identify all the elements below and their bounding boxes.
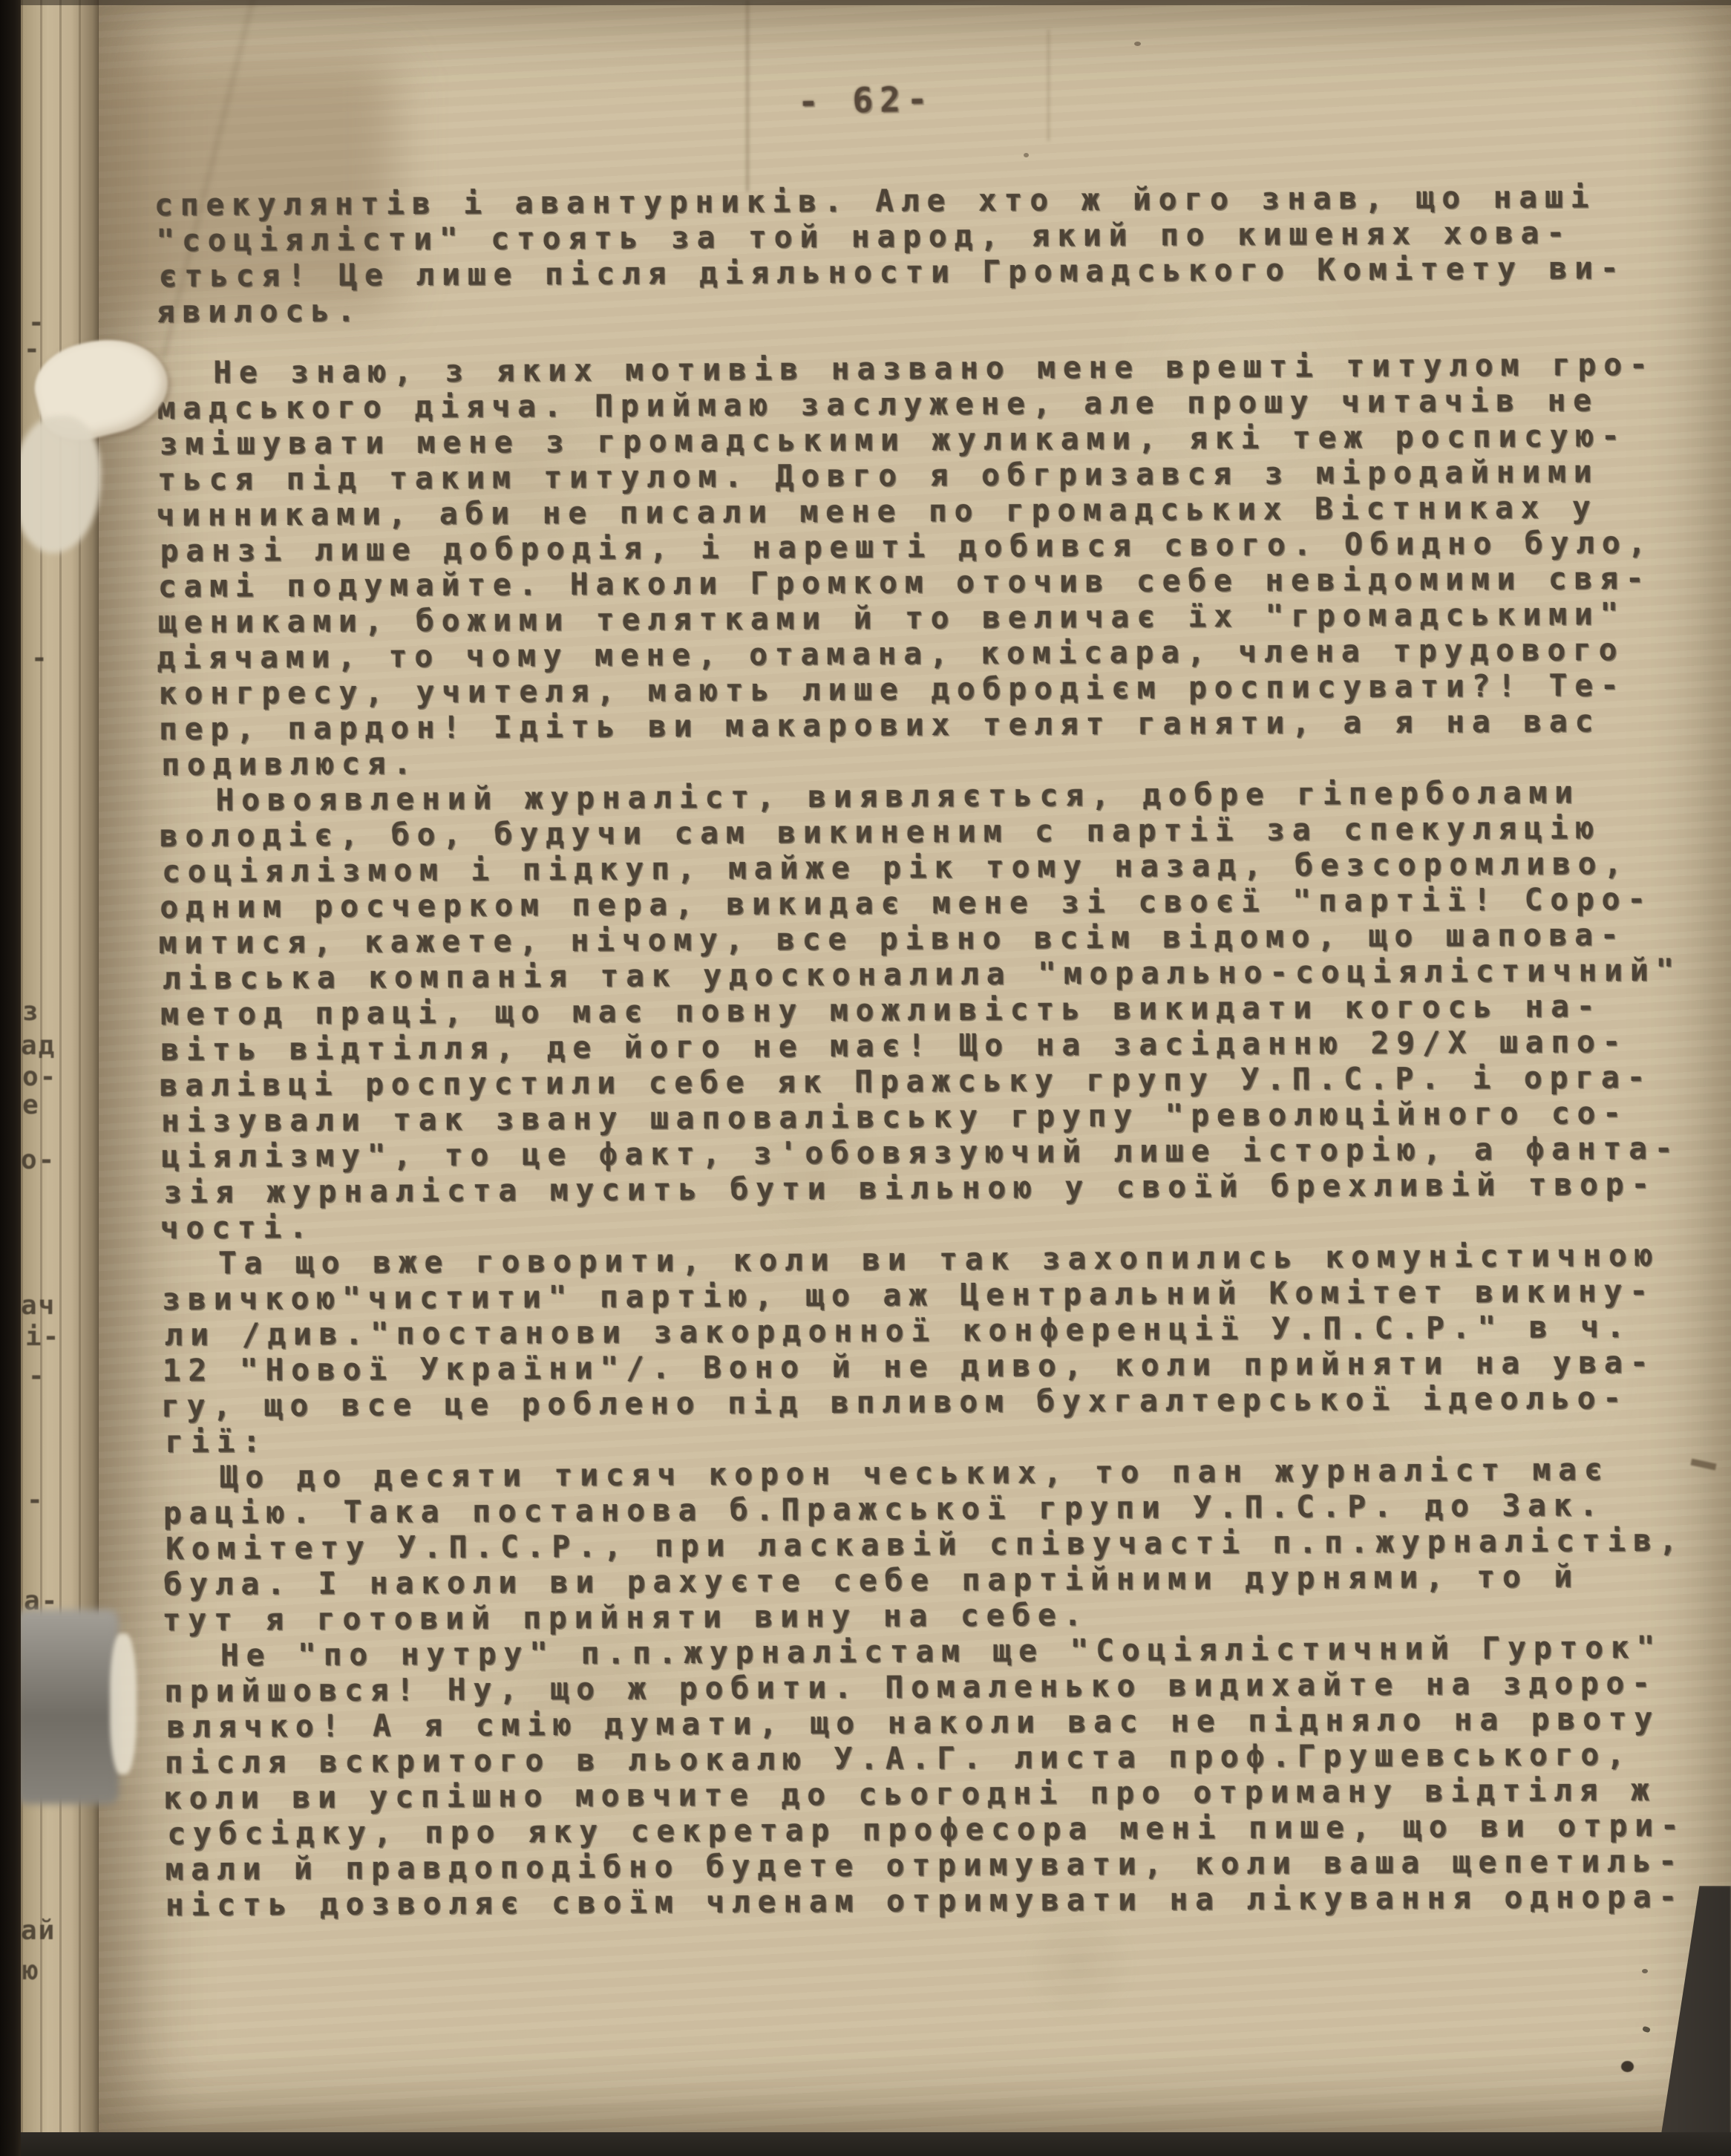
- text-line: ність дозволяє своїм членам отримувати н…: [166, 1879, 1687, 1923]
- ink-dot: [1621, 2061, 1634, 2072]
- paragraph: спекулянтів і авантурників. Але хто ж йо…: [156, 179, 1678, 330]
- ink-speck: [1024, 153, 1029, 157]
- margin-letter-fragment: ач: [21, 1290, 56, 1321]
- ink-speck: [1642, 1969, 1648, 1973]
- paragraph: Не "по нутру" п.п.журналістам ще "Соціял…: [164, 1630, 1687, 1923]
- margin-letter-fragment: і-: [25, 1322, 60, 1352]
- margin-letter-fragment: о-: [21, 1145, 56, 1175]
- margin-letter-fragment: -: [27, 1485, 45, 1515]
- gray-damage-patch: [16, 1610, 119, 1804]
- ink-speck: [1134, 42, 1141, 46]
- margin-letter-fragment: -: [31, 643, 49, 673]
- paper-crease: [746, 0, 749, 192]
- scan-edge-top: [0, 0, 1731, 5]
- paragraph: Що до десяти тисяч корон чеських, то пан…: [163, 1451, 1686, 1638]
- paper-crease: [1047, 30, 1050, 141]
- margin-letter-fragment: ай: [21, 1915, 56, 1946]
- margin-letter-fragment: -: [28, 307, 46, 338]
- margin-letter-fragment: ю: [22, 1956, 40, 1986]
- paragraph: Новоявлений журналіст, виявляється, добр…: [159, 774, 1683, 1246]
- paragraph: Не знаю, з яких мотивів названо мене вре…: [157, 347, 1681, 783]
- scan-edge-bottom: [0, 2132, 1731, 2156]
- previous-page-edge: ---задо-ео-ачі---а--айю: [21, 0, 99, 2135]
- page-number: - 62-: [797, 79, 935, 122]
- paragraph: Та що вже говорити, коли ви так захопили…: [162, 1238, 1685, 1460]
- margin-letter-fragment: е: [22, 1090, 40, 1120]
- margin-letter-fragment: -: [24, 334, 42, 365]
- page-paper: - 62- спекулянтів і авантурників. Але хт…: [99, 0, 1731, 2135]
- margin-letter-fragment: -: [28, 1361, 46, 1391]
- margin-letter-fragment: ад: [21, 1030, 56, 1061]
- margin-letter-fragment: о-: [22, 1062, 57, 1092]
- scan-edge-left: [0, 0, 21, 2156]
- torn-paper-sliver: [110, 1633, 137, 1774]
- text-block: спекулянтів і авантурників. Але хто ж йо…: [156, 179, 1687, 1923]
- margin-letter-fragment: з: [22, 996, 40, 1027]
- scanned-document-page: ---задо-ео-ачі---а--айю - 62- спекулянті…: [0, 0, 1731, 2156]
